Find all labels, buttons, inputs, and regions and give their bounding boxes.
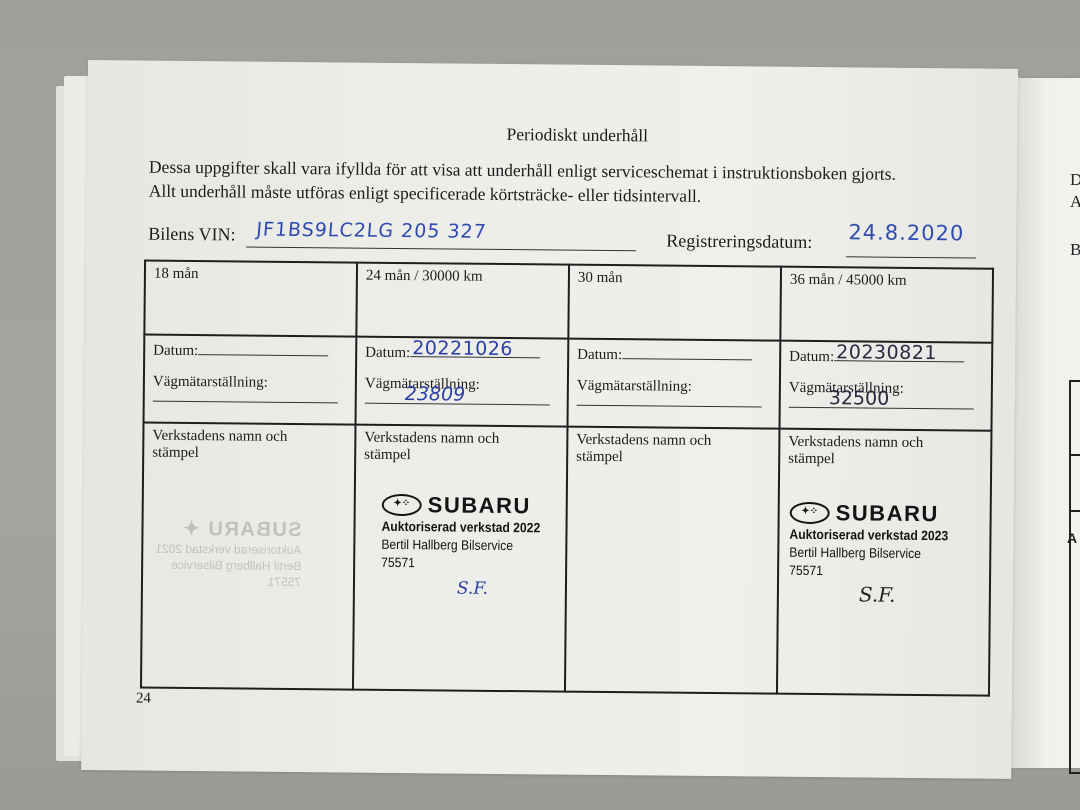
divider <box>1069 454 1080 456</box>
date-field[interactable] <box>198 340 328 356</box>
stamp-line: Bertil Hallberg Bilservice <box>381 536 540 556</box>
interval-cell: 18 mån <box>144 261 357 337</box>
interval-cell: 24 mån / 30000 km <box>356 263 569 339</box>
maintenance-log-page: Periodiskt underhåll Dessa uppgifter ska… <box>81 60 1018 779</box>
odometer-value: 23809 <box>405 383 466 406</box>
workshop-label: Verkstadens namn ochstämpel <box>788 434 982 470</box>
stamp-brand: SUBARU <box>428 492 531 519</box>
date-odometer-row: Datum: Vägmätarställning: Datum:20221026… <box>144 335 993 431</box>
odometer-field[interactable] <box>577 405 762 408</box>
interval-cell: 30 mån <box>568 265 781 341</box>
odometer-label: Vägmätarställning: <box>577 378 692 395</box>
dealer-stamp: ✦⁘SUBARU Auktoriserad verkstad 2023 Bert… <box>789 500 966 582</box>
odometer-field[interactable]: 32500 <box>789 407 974 410</box>
interval-label: 36 mån / 45000 km <box>790 272 907 289</box>
interval-label: 30 mån <box>578 270 623 286</box>
interval-cell: 36 mån / 45000 km <box>780 267 993 343</box>
subaru-logo-icon: ✦⁘ <box>382 494 422 516</box>
next-page-fragment: B <box>1070 240 1080 260</box>
divider <box>1069 510 1080 512</box>
page-title: Periodiskt underhåll <box>87 120 1067 150</box>
intro-text: Dessa uppgifter skall vara ifyllda för a… <box>149 155 896 210</box>
page-number: 24 <box>136 690 151 707</box>
registration-date-field[interactable] <box>846 256 976 258</box>
date-value: 20230821 <box>836 341 937 364</box>
workshop-label: Verkstadens namn ochstämpel <box>152 428 346 464</box>
next-page: D A B A <box>1010 78 1080 768</box>
date-field[interactable] <box>622 344 752 360</box>
technician-initials: S.F. <box>457 579 488 599</box>
odometer-label: Vägmätarställning: <box>153 374 268 391</box>
date-label: Datum: <box>577 347 622 363</box>
next-page-fragment: D <box>1070 170 1080 190</box>
next-page-fragment: A <box>1070 192 1080 212</box>
interval-label: 18 mån <box>154 266 199 282</box>
date-field[interactable]: 20230821 <box>834 346 964 362</box>
date-value: 20221026 <box>412 337 513 360</box>
odometer-field[interactable]: 23809 <box>365 403 550 406</box>
odometer-field[interactable] <box>153 401 338 404</box>
service-entry-cell: Datum: Vägmätarställning: <box>144 335 357 425</box>
service-entry-cell: Datum: Vägmätarställning: <box>568 339 781 429</box>
date-label: Datum: <box>365 345 410 361</box>
workshop-stamp-cell: Verkstadens namn ochstämpel <box>565 427 780 694</box>
workshop-stamp-cell: Verkstadens namn ochstämpel SUBARU ✦ Auk… <box>141 423 356 690</box>
next-page-table-edge <box>1069 380 1080 774</box>
vin-label: Bilens VIN: <box>148 224 235 246</box>
stamp-brand: SUBARU <box>836 500 939 527</box>
stamp-line: Auktoriserad verkstad 2023 <box>789 526 948 546</box>
workshop-stamp-row: Verkstadens namn ochstämpel SUBARU ✦ Auk… <box>141 423 992 696</box>
vin-field[interactable] <box>246 247 636 252</box>
service-entry-cell: Datum:20221026 Vägmätarställning:23809 <box>356 337 569 427</box>
stamp-line: Auktoriserad verkstad 2022 <box>381 518 540 538</box>
registration-label: Registreringsdatum: <box>666 231 812 253</box>
vin-value: JF1BS9LC2LG 205 327 <box>256 219 488 243</box>
stamp-line: Bertil Hallberg Bilservice <box>789 544 948 564</box>
show-through-stamp: SUBARU ✦ Auktoriserad verkstad 2021 Bert… <box>155 516 302 590</box>
interval-label: 24 mån / 30000 km <box>366 268 483 285</box>
service-table: 18 mån 24 mån / 30000 km 30 mån 36 mån /… <box>140 260 994 697</box>
workshop-stamp-cell: Verkstadens namn ochstämpel ✦⁘SUBARU Auk… <box>353 425 568 692</box>
technician-initials: S.F. <box>859 582 896 606</box>
stamp-line: 75571 <box>789 562 948 582</box>
workshop-label: Verkstadens namn ochstämpel <box>576 432 770 468</box>
interval-row: 18 mån 24 mån / 30000 km 30 mån 36 mån /… <box>144 261 993 343</box>
subaru-logo-icon: ✦⁘ <box>790 502 830 524</box>
stamp-line: 75571 <box>381 554 540 574</box>
registration-date-value: 24.8.2020 <box>848 220 964 245</box>
date-label: Datum: <box>789 349 834 365</box>
service-entry-cell: Datum:20230821 Vägmätarställning:32500 <box>779 341 992 431</box>
workshop-label: Verkstadens namn ochstämpel <box>364 430 558 466</box>
date-field[interactable]: 20221026 <box>410 342 540 358</box>
workshop-stamp-cell: Verkstadens namn ochstämpel ✦⁘SUBARU Auk… <box>777 429 992 696</box>
odometer-value: 32500 <box>829 387 890 410</box>
dealer-stamp: ✦⁘SUBARU Auktoriserad verkstad 2022 Bert… <box>381 492 558 574</box>
date-label: Datum: <box>153 343 198 359</box>
